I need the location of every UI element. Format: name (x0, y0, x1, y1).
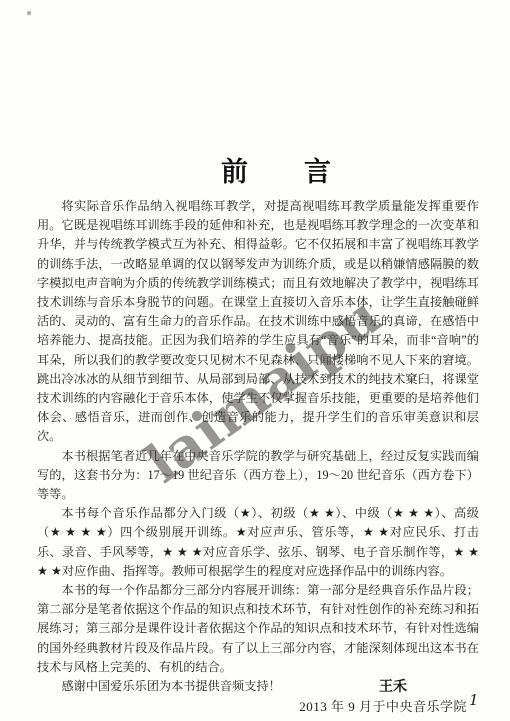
preface-paragraph-2: 本书根据笔者近几年在中央音乐学院的教学与研究基础上，经过反复实践而编写的，这套书… (37, 447, 479, 505)
acknowledgement-text: 感谢中国爱乐乐团为本书提供音频支持！ (61, 679, 280, 693)
page-number: 1 (469, 691, 479, 709)
preface-paragraph-4: 本书的每一个作品都分三部分内容展开训练：第一部分是经典音乐作品片段；第二部分是笔… (37, 581, 479, 677)
signature-date: 2013 年 9 月于中央音乐学院 (37, 697, 479, 716)
preface-paragraph-1: 将实际音乐作品纳入视唱练耳教学，对提高视唱练耳教学质量能发挥重要作用。它既是视唱… (37, 197, 479, 447)
scanned-preface-page: { "page": { "title": "前言", "page_number"… (0, 0, 510, 721)
preface-body: 将实际音乐作品纳入视唱练耳教学，对提高视唱练耳教学质量能发挥重要作用。它既是视唱… (37, 197, 479, 716)
preface-paragraph-3: 本书每个音乐作品都分入门级（★）、初级（★ ★）、中级（★ ★ ★）、高级（★ … (37, 504, 479, 581)
page-title: 前言 (221, 150, 387, 189)
author-signature: 王禾 (355, 677, 407, 696)
scan-artifact-speck (27, 11, 31, 15)
acknowledgement-row: 感谢中国爱乐乐团为本书提供音频支持！王禾 (37, 677, 479, 696)
